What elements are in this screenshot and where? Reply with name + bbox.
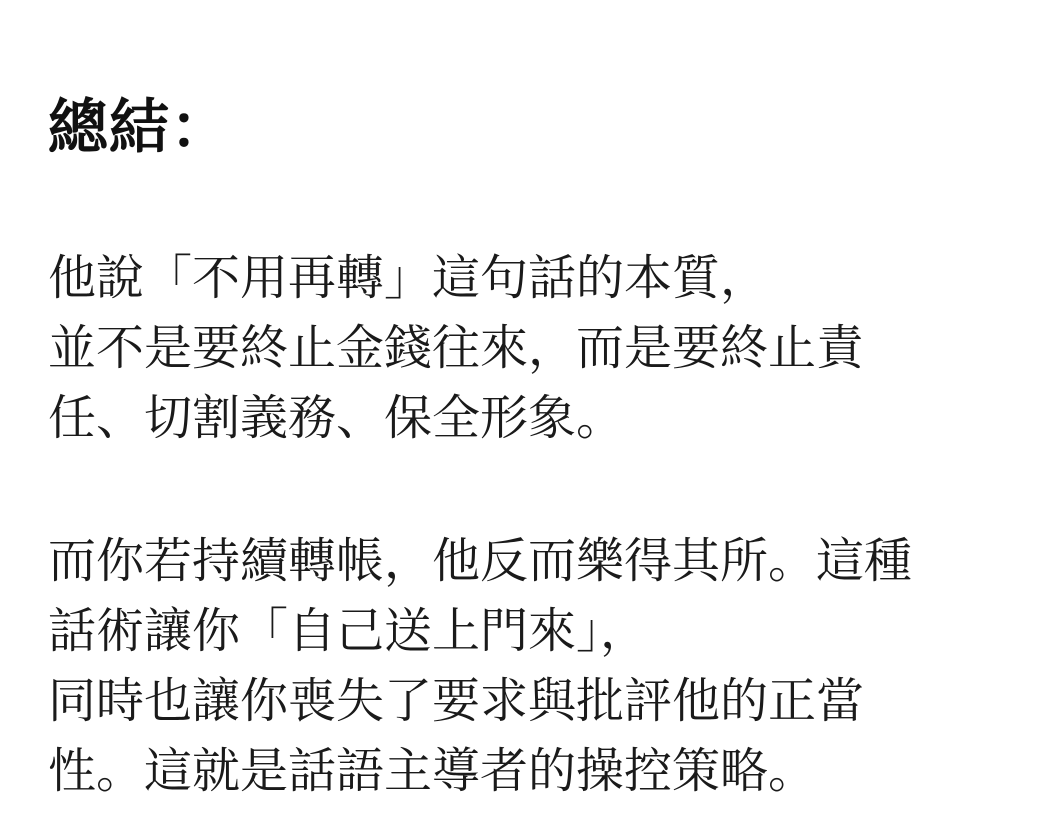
document-page: 總結： 他說「不用再轉」這句話的本質， 並不是要終止金錢往來，而是要終止責 任、… [0, 0, 1057, 817]
page-title: 總結： [48, 90, 1017, 166]
paragraph-1-line-3: 任、切割義務、保全形象。 [48, 384, 1017, 454]
paragraph-2-line-3: 同時也讓你喪失了要求與批評他的正當 [48, 667, 1017, 737]
paragraph-2: 而你若持續轉帳，他反而樂得其所。這種 話術讓你「自己送上門來」， 同時也讓你喪失… [48, 527, 1017, 807]
paragraph-1-line-1: 他說「不用再轉」這句話的本質， [48, 244, 1017, 314]
paragraph-1-line-2: 並不是要終止金錢往來，而是要終止責 [48, 314, 1017, 384]
paragraph-2-line-2: 話術讓你「自己送上門來」， [48, 597, 1017, 667]
paragraph-2-line-1: 而你若持續轉帳，他反而樂得其所。這種 [48, 527, 1017, 597]
paragraph-1: 他說「不用再轉」這句話的本質， 並不是要終止金錢往來，而是要終止責 任、切割義務… [48, 244, 1017, 454]
paragraph-2-line-4: 性。這就是話語主導者的操控策略。 [48, 737, 1017, 807]
